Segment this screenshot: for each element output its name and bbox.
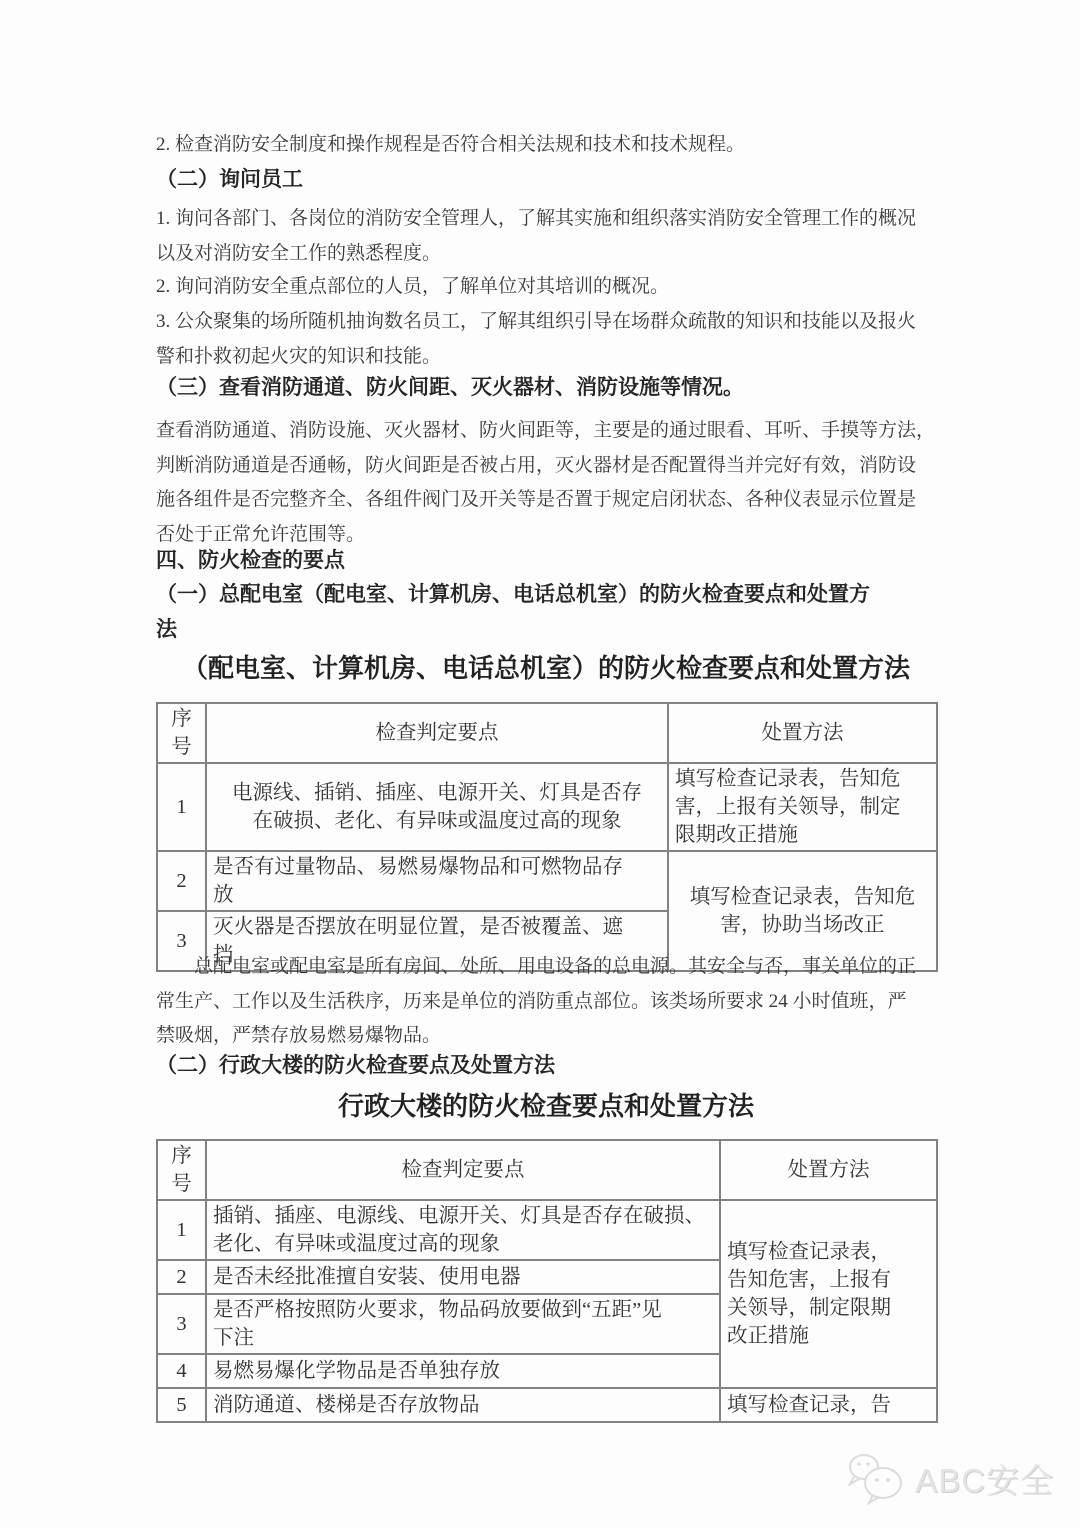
table-row: 5 消防通道、楼梯是否存放物品 填写检查记录，告 <box>157 1388 937 1422</box>
cell-no: 3 <box>157 1294 206 1354</box>
paragraph-ask-2: 2. 询问消防安全重点部位的人员，了解单位对其培训的概况。 <box>156 270 936 305</box>
cell-point: 消防通道、楼梯是否存放物品 <box>206 1388 720 1422</box>
cell-method-merged: 填写检查记录表， 告知危害，上报有 关领导，制定限期 改正措施 <box>720 1200 937 1388</box>
cell-point: 插销、插座、电源线、电源开关、灯具是否存在破损、 老化、有异味或温度过高的现象 <box>206 1200 720 1260</box>
table-row: 2 是否有过量物品、易燃易爆物品和可燃物品存 放 填写检查记录表，告知危 害，协… <box>157 851 937 911</box>
paragraph-ask-3: 3. 公众聚集的场所随机抽询数名员工，了解其组织引导在场群众疏散的知识和技能以及… <box>156 305 936 374</box>
inspection-table-admin-building: 序号 检查判定要点 处置方法 1 插销、插座、电源线、电源开关、灯具是否存在破损… <box>156 1139 938 1423</box>
paragraph-power-room-note: 总配电室或配电室是所有房间、处所、用电设备的总电源。其安全与否，事关单位的正 常… <box>156 950 936 1054</box>
cell-point: 电源线、插销、插座、电源开关、灯具是否存 在破损、老化、有异味或温度过高的现象 <box>206 763 668 851</box>
cell-point: 是否严格按照防火要求，物品码放要做到“五距”见 下注 <box>206 1294 720 1354</box>
cell-no: 1 <box>157 763 206 851</box>
table-header-row: 序号 检查判定要点 处置方法 <box>157 1140 937 1200</box>
paragraph-inspect-passages: 查看消防通道、消防设施、灭火器材、防火间距等，主要是的通过眼看、耳听、手摸等方法… <box>156 414 936 552</box>
cell-point: 易燃易爆化学物品是否单独存放 <box>206 1354 720 1388</box>
col-header-point: 检查判定要点 <box>206 703 668 763</box>
wechat-icon <box>845 1451 907 1505</box>
watermark-text: ABC安全 <box>915 1455 1054 1502</box>
col-header-point: 检查判定要点 <box>206 1140 720 1200</box>
section-heading-four-1: （一）总配电室（配电室、计算机房、电话总机室）的防火检查要点和处置方 法 <box>156 578 936 647</box>
cell-no: 1 <box>157 1200 206 1260</box>
cell-method: 填写检查记录表，告知危 害，上报有关领导，制定 限期改正措施 <box>668 763 937 851</box>
table-row: 1 电源线、插销、插座、电源开关、灯具是否存 在破损、老化、有异味或温度过高的现… <box>157 763 937 851</box>
inspection-table-power-room: 序号 检查判定要点 处置方法 1 电源线、插销、插座、电源开关、灯具是否存 在破… <box>156 702 938 972</box>
document-page: 2. 检查消防安全制度和操作规程是否符合相关法规和技术和技术规程。 （二）询问员… <box>0 0 1080 1527</box>
cell-point: 是否有过量物品、易燃易爆物品和可燃物品存 放 <box>206 851 668 911</box>
watermark: ABC安全 <box>845 1451 1054 1505</box>
section-heading-four: 四、防火检查的要点 <box>156 547 936 575</box>
cell-no: 2 <box>157 851 206 911</box>
col-header-no: 序号 <box>157 1140 206 1200</box>
section-heading-inspect-passages: （三）查看消防通道、防火间距、灭火器材、消防设施等情况。 <box>156 374 936 402</box>
cell-method: 填写检查记录，告 <box>720 1388 937 1422</box>
table-row: 1 插销、插座、电源线、电源开关、灯具是否存在破损、 老化、有异味或温度过高的现… <box>157 1200 937 1260</box>
table-title-admin-building: 行政大楼的防火检查要点和处置方法 <box>156 1090 936 1122</box>
col-header-no: 序号 <box>157 703 206 763</box>
table-header-row: 序号 检查判定要点 处置方法 <box>157 703 937 763</box>
table-title-power-room: （配电室、计算机房、电话总机室）的防火检查要点和处置方法 <box>156 652 936 684</box>
cell-no: 4 <box>157 1354 206 1388</box>
cell-no: 2 <box>157 1260 206 1294</box>
cell-no: 5 <box>157 1388 206 1422</box>
col-header-method: 处置方法 <box>668 703 937 763</box>
section-heading-four-2: （二）行政大楼的防火检查要点及处置方法 <box>156 1052 936 1080</box>
paragraph-check-rules: 2. 检查消防安全制度和操作规程是否符合相关法规和技术和技术规程。 <box>156 128 936 163</box>
paragraph-ask-1: 1. 询问各部门、各岗位的消防安全管理人，了解其实施和组织落实消防安全管理工作的… <box>156 202 936 271</box>
cell-point: 是否未经批准擅自安装、使用电器 <box>206 1260 720 1294</box>
section-heading-ask-staff: （二）询问员工 <box>156 166 936 194</box>
col-header-method: 处置方法 <box>720 1140 937 1200</box>
